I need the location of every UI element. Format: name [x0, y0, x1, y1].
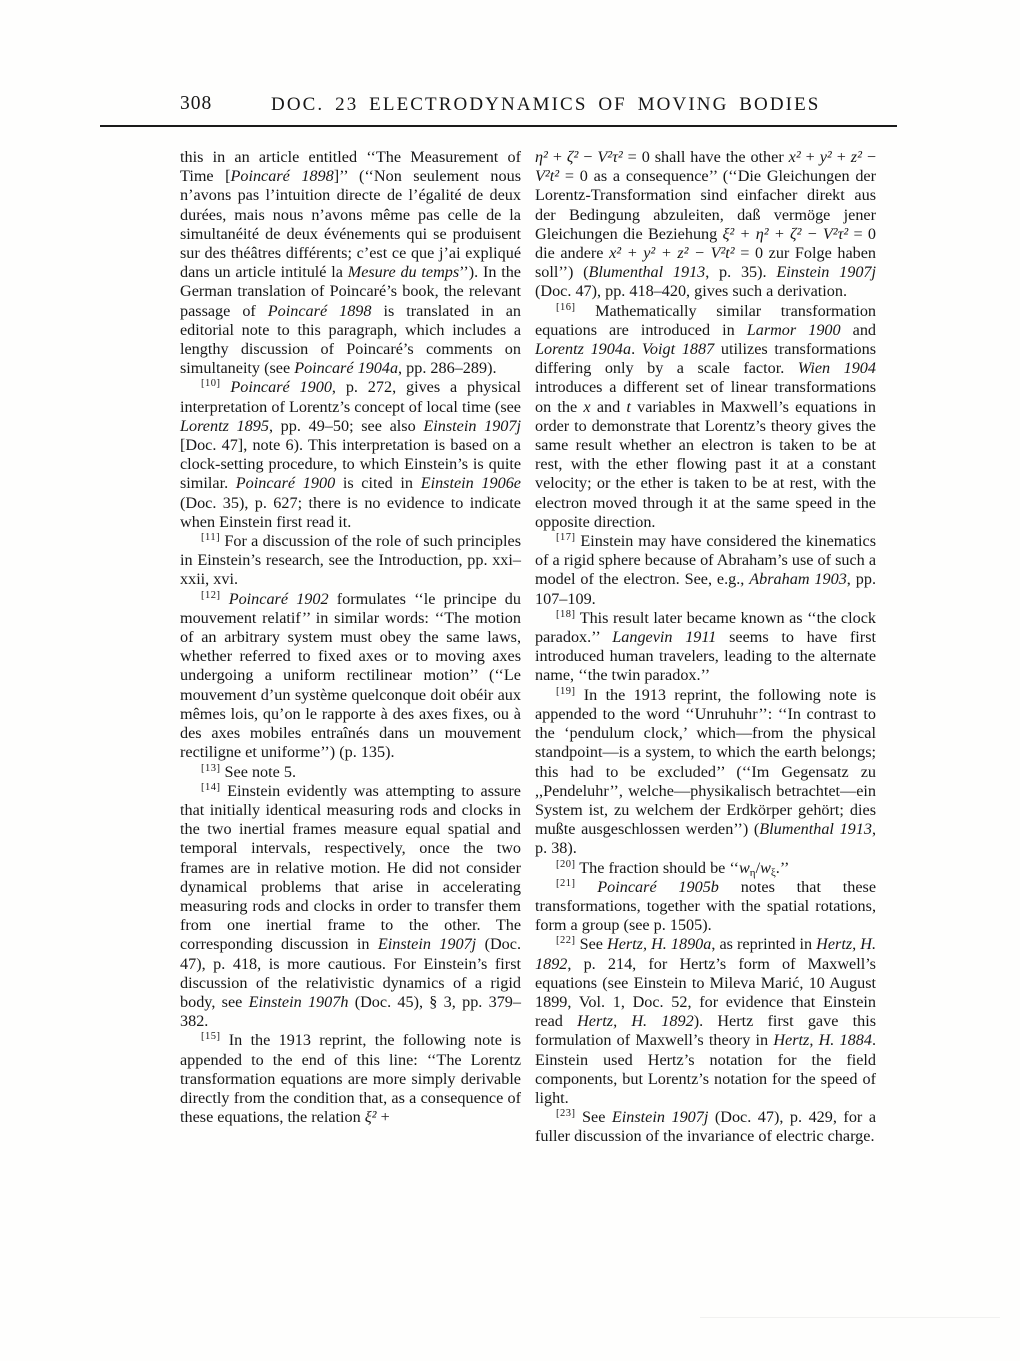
- endnote-paragraph: [17] Einstein may have considered the ki…: [535, 532, 876, 609]
- note-number: [12]: [201, 590, 221, 601]
- note-number: [17]: [556, 532, 576, 543]
- endnote-paragraph: [12] Poincaré 1902 formulates ‘‘le princ…: [180, 590, 521, 763]
- citation-italic: ξ² + η² + ζ² − V²τ²: [722, 225, 848, 243]
- text-run: , pp. 49–50; see also: [269, 417, 423, 435]
- text-run: −: [862, 148, 876, 166]
- citation-italic: Hertz, H. 1892: [577, 1012, 694, 1030]
- note-number: [18]: [556, 609, 576, 620]
- citation-italic: Einstein 1907h: [249, 993, 349, 1011]
- text-run: is cited in: [335, 474, 421, 492]
- citation-italic: ξ²: [365, 1108, 377, 1126]
- citation-italic: ζ²: [567, 148, 578, 166]
- text-run: For a discussion of the role of such pri…: [180, 532, 521, 588]
- text-run: variables in Maxwell’s equations in orde…: [535, 398, 876, 531]
- citation-italic: Poincaré 1905b: [597, 878, 719, 896]
- text-run: Einstein evidently was attempting to ass…: [180, 782, 521, 954]
- citation-italic: Hertz, H. 1890a: [607, 935, 711, 953]
- text-run: and: [591, 398, 627, 416]
- citation-italic: Poincaré 1898: [268, 302, 372, 320]
- header-rule: [100, 125, 897, 127]
- citation-italic: w: [739, 859, 750, 877]
- citation-italic: Langevin 1911: [612, 628, 716, 646]
- text-block: this in an article entitled ‘‘The Measur…: [180, 148, 876, 1147]
- continuation-paragraph: this in an article entitled ‘‘The Measur…: [180, 148, 521, 378]
- citation-italic: x² + y² + z² − V²t²: [609, 244, 735, 262]
- left-column: this in an article entitled ‘‘The Measur…: [180, 148, 521, 1147]
- citation-italic: Hertz, H. 1884: [773, 1031, 872, 1049]
- citation-italic: Blumenthal 1913: [589, 263, 706, 281]
- text-run: , p. 35).: [705, 263, 776, 281]
- citation-italic: Poincaré 1900: [236, 474, 335, 492]
- right-column: η² + ζ² − V²τ² = 0 shall have the other …: [535, 148, 876, 1147]
- note-number: [13]: [201, 763, 221, 774]
- continuation-paragraph: η² + ζ² − V²τ² = 0 shall have the other …: [535, 148, 876, 302]
- scan-artifact: [700, 1317, 1000, 1318]
- endnote-paragraph: [21] Poincaré 1905b notes that these tra…: [535, 878, 876, 936]
- citation-italic: Poincaré 1900: [230, 378, 332, 396]
- endnote-paragraph: [19] In the 1913 reprint, the following …: [535, 686, 876, 859]
- note-number: [23]: [556, 1108, 576, 1119]
- citation-italic: Poincaré 1898: [230, 167, 333, 185]
- running-head: DOC. 23 ELECTRODYNAMICS OF MOVING BODIES: [271, 94, 820, 116]
- citation-italic: Blumenthal 1913: [759, 820, 872, 838]
- endnote-paragraph: [15] In the 1913 reprint, the following …: [180, 1031, 521, 1127]
- text-run: formulates ‘‘le principe du mouvement re…: [180, 590, 521, 762]
- text-run: (Doc. 47), pp. 418–420, gives such a der…: [535, 282, 847, 300]
- citation-italic: Poincaré 1904a: [294, 359, 398, 377]
- citation-italic: η²: [535, 148, 548, 166]
- citation-italic: Mesure du temps: [348, 263, 459, 281]
- page-number: 308: [180, 93, 212, 115]
- text-run: , pp. 286–289).: [398, 359, 496, 377]
- endnote-paragraph: [10] Poincaré 1900, p. 272, gives a phys…: [180, 378, 521, 532]
- endnote-paragraph: [23] See Einstein 1907j (Doc. 47), p. 42…: [535, 1108, 876, 1146]
- note-number: [11]: [201, 532, 220, 543]
- citation-italic: x: [583, 398, 590, 416]
- text-run: +: [548, 148, 567, 166]
- citation-italic: Einstein 1907j: [612, 1108, 708, 1126]
- text-run: and: [841, 321, 876, 339]
- citation-italic: Voigt 1887: [642, 340, 714, 358]
- citation-italic: V²t²: [535, 167, 559, 185]
- text-run: = 0 shall have the other: [623, 148, 789, 166]
- endnote-paragraph: [11] For a discussion of the role of suc…: [180, 532, 521, 590]
- endnote-paragraph: [16] Mathematically similar transformati…: [535, 302, 876, 532]
- text-run: .’’: [776, 859, 790, 877]
- note-number: [16]: [556, 302, 576, 313]
- text-run: In the 1913 reprint, the following note …: [180, 1031, 521, 1126]
- citation-italic: Einstein 1907j: [378, 935, 476, 953]
- text-run: .: [631, 340, 642, 358]
- note-number: [10]: [201, 378, 221, 389]
- endnote-paragraph: [13] See note 5.: [180, 763, 521, 782]
- text-run: , as reprinted in: [711, 935, 816, 953]
- endnote-paragraph: [22] See Hertz, H. 1890a, as reprinted i…: [535, 935, 876, 1108]
- book-page: 308 DOC. 23 ELECTRODYNAMICS OF MOVING BO…: [0, 0, 1020, 1361]
- citation-italic: V²τ²: [597, 148, 622, 166]
- citation-italic: Abraham 1903: [749, 570, 847, 588]
- citation-italic: Poincaré 1902: [229, 590, 329, 608]
- text-run: (Doc. 35), p. 627; there is no evidence …: [180, 494, 521, 531]
- text-run: +: [832, 148, 851, 166]
- endnote-paragraph: [14] Einstein evidently was attempting t…: [180, 782, 521, 1032]
- endnote-paragraph: [18] This result later became known as ‘…: [535, 609, 876, 686]
- citation-italic: Wien 1904: [798, 359, 876, 377]
- text-run: +: [377, 1108, 390, 1126]
- citation-italic: Einstein 1907j: [423, 417, 521, 435]
- text-run: See: [580, 935, 607, 953]
- note-number: [14]: [201, 782, 221, 793]
- text-run: +: [801, 148, 820, 166]
- citation-italic: Lorentz 1904a: [535, 340, 631, 358]
- citation-italic: Einstein 1906e: [421, 474, 521, 492]
- citation-italic: Larmor 1900: [747, 321, 841, 339]
- citation-italic: w: [760, 859, 771, 877]
- note-number: [21]: [556, 878, 576, 889]
- text-run: See: [582, 1108, 612, 1126]
- citation-italic: z²: [851, 148, 862, 166]
- note-number: [20]: [556, 859, 576, 870]
- citation-italic: Lorentz 1895: [180, 417, 269, 435]
- text-run: In the 1913 reprint, the following note …: [535, 686, 876, 838]
- citation-italic: y²: [820, 148, 832, 166]
- citation-italic: Einstein 1907j: [776, 263, 876, 281]
- text-run: −: [578, 148, 597, 166]
- note-number: [22]: [556, 935, 576, 946]
- citation-italic: x²: [789, 148, 801, 166]
- note-number: [15]: [201, 1031, 221, 1042]
- note-number: [19]: [556, 686, 576, 697]
- text-run: See note 5.: [225, 763, 296, 781]
- text-run: The fraction should be ‘‘: [579, 859, 739, 877]
- endnote-paragraph: [20] The fraction should be ‘‘wη/wξ.’’: [535, 859, 876, 878]
